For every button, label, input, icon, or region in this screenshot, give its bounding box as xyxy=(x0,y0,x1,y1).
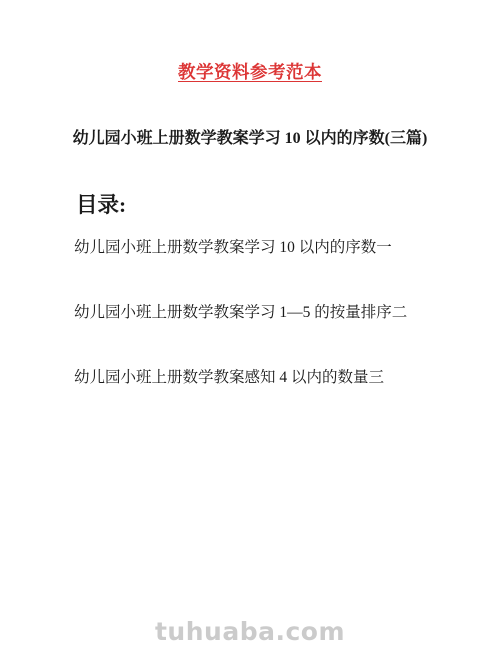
document-header-title: 教学资料参考范本 xyxy=(0,59,500,84)
toc-heading: 目录: xyxy=(76,188,126,219)
watermark: tuhuaba.com xyxy=(0,617,500,646)
toc-list: 幼儿园小班上册数学教案学习 10 以内的序数一 幼儿园小班上册数学教案学习 1—… xyxy=(74,239,460,387)
toc-item: 幼儿园小班上册数学教案学习 10 以内的序数一 xyxy=(74,239,460,257)
toc-item: 幼儿园小班上册数学教案学习 1—5 的按量排序二 xyxy=(74,304,460,322)
toc-item: 幼儿园小班上册数学教案感知 4 以内的数量三 xyxy=(74,369,460,387)
document-page: 教学资料参考范本 幼儿园小班上册数学教案学习 10 以内的序数(三篇) 目录: … xyxy=(0,0,500,647)
document-title: 幼儿园小班上册数学教案学习 10 以内的序数(三篇) xyxy=(0,125,500,148)
